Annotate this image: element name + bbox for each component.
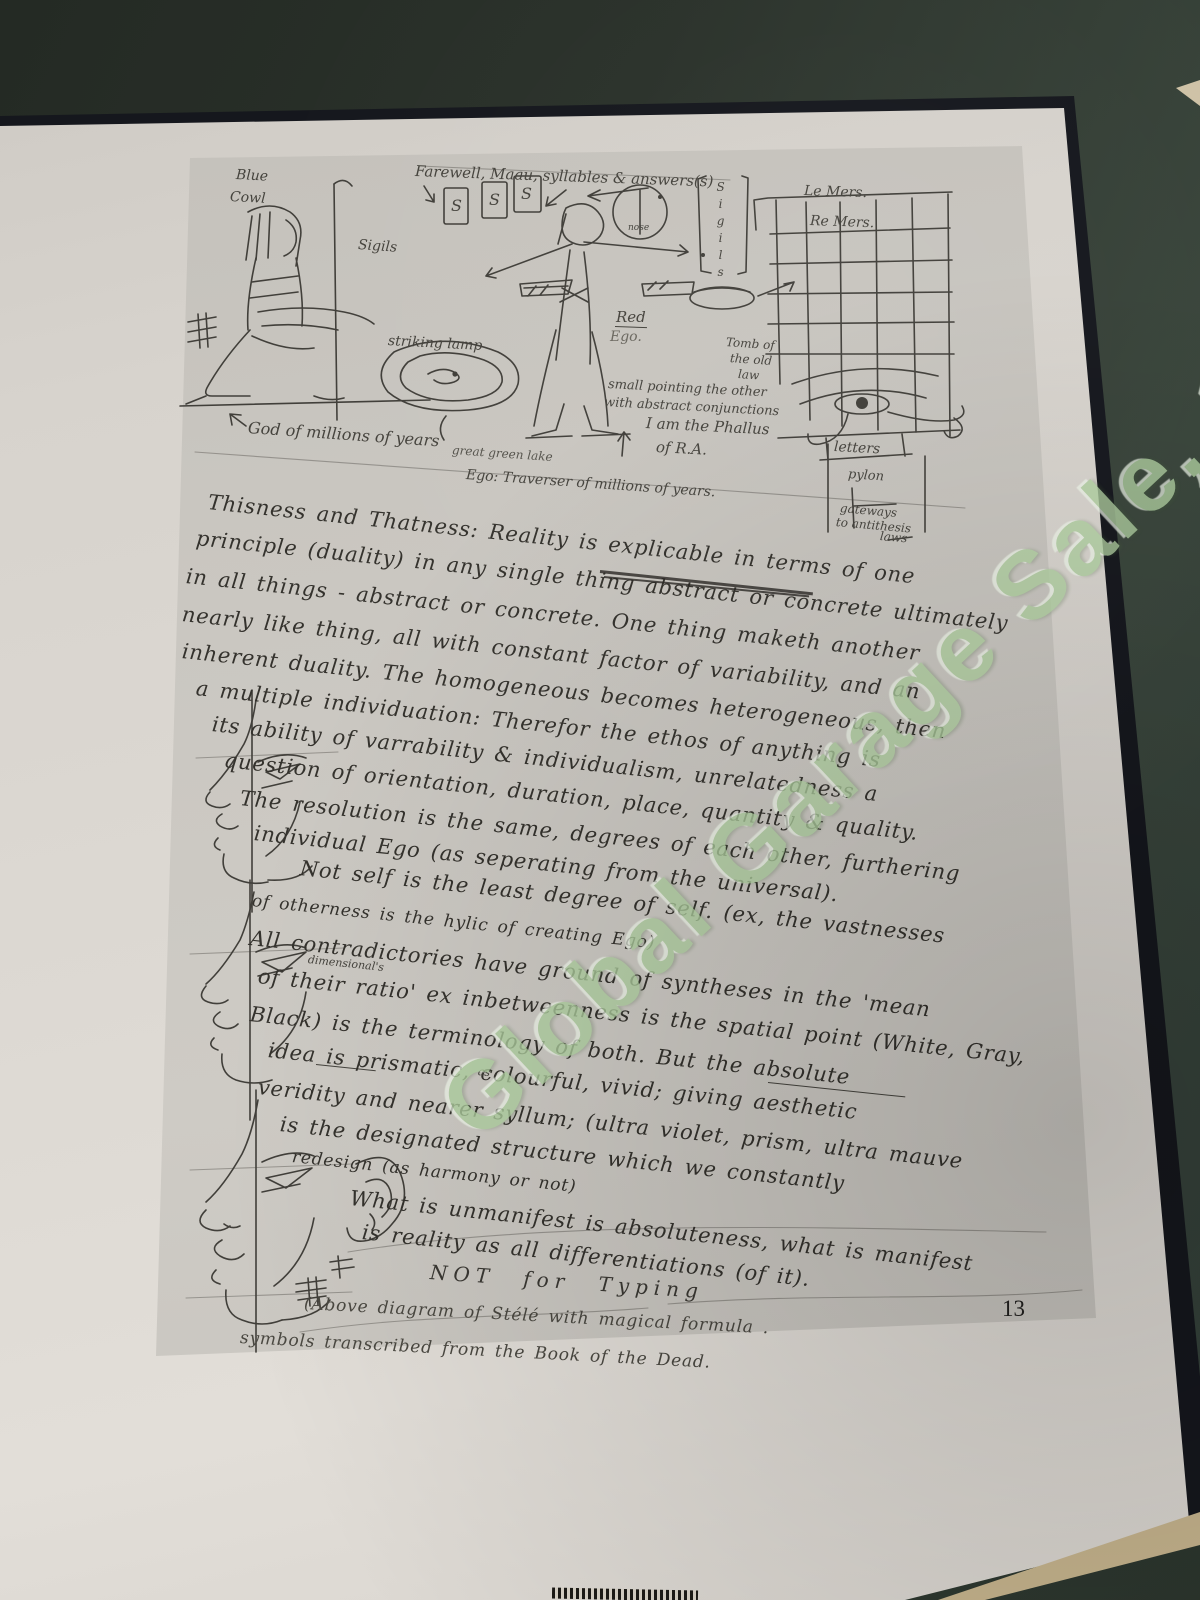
page-number: 13 xyxy=(1002,1296,1025,1322)
photo-of-open-book: Blue Cowl Farewell, Maau, syllables & an… xyxy=(0,0,1200,1600)
label-letters: letters xyxy=(834,440,881,457)
label-s3: S xyxy=(521,186,532,203)
label-phallus-2: of R.A. xyxy=(656,440,708,458)
label-s2: S xyxy=(489,192,500,209)
label-tomb-2: the old xyxy=(730,352,773,368)
label-re-mers: Re Mers. xyxy=(810,214,875,231)
label-blue: Blue xyxy=(236,168,269,184)
label-red: Red xyxy=(616,310,646,326)
label-pylon: pylon xyxy=(848,468,885,484)
label-nose: nose xyxy=(628,224,649,233)
label-sigils-vertical: Sigils xyxy=(714,180,727,270)
label-sigils: Sigils xyxy=(357,238,397,255)
label-le-mers: Le Mers. xyxy=(804,184,867,201)
barcode-sticker xyxy=(552,1587,698,1600)
label-ego: Ego. xyxy=(610,330,642,345)
label-cowl: Cowl xyxy=(230,190,266,207)
label-gateways-3: laws xyxy=(879,530,907,545)
label-s1: S xyxy=(451,198,462,215)
label-tomb-3: law xyxy=(738,368,760,382)
